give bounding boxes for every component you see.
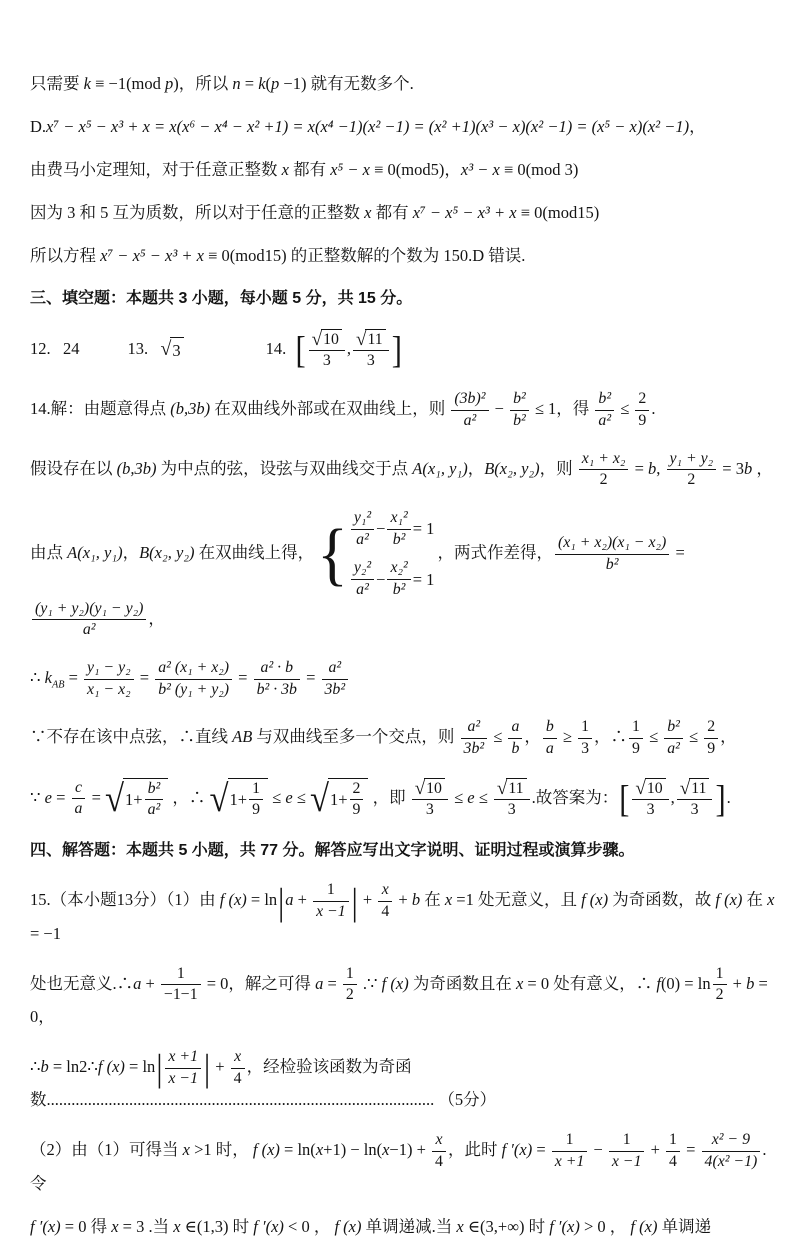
fraction: b²b²: [510, 390, 529, 430]
document-line: ∵不存在该中点弦，∴直线 AB 与双曲线至多一个交点，则 a²3b² ≤ ab，…: [30, 718, 776, 758]
fraction: y₂²a²: [351, 559, 374, 599]
document-line: 只需要 k ≡ −1(mod p)，所以 n = k(p −1) 就有无数多个.: [30, 72, 776, 96]
brace-icon: {: [317, 524, 348, 584]
fraction: x₂²b²: [387, 559, 410, 599]
radical-icon: √: [310, 780, 329, 818]
fraction: √103: [632, 778, 668, 820]
fraction: 1x −1: [609, 1131, 645, 1171]
fraction: 1x +1: [552, 1131, 588, 1171]
fraction: √103: [309, 329, 345, 371]
document-line: ∴b = ln2∴f (x) = ln|x +1x −1| + x4，经检验该函…: [30, 1048, 776, 1112]
fraction: 29: [704, 718, 718, 758]
fraction: a²3b²: [322, 659, 349, 699]
fraction: y₁²a²: [351, 509, 374, 549]
fraction: 12: [343, 965, 357, 1005]
radical-icon: √: [105, 780, 124, 818]
fraction: x +1x −1: [165, 1048, 201, 1088]
document-line: 四、解答题：本题共 5 小题，共 77 分。解答应写出文字说明、证明过程或演算步…: [30, 839, 776, 862]
fraction: x4: [231, 1048, 245, 1088]
document-body: 只需要 k ≡ −1(mod p)，所以 n = k(p −1) 就有无数多个.…: [30, 72, 776, 1238]
fraction: a² (x₁ + x₂)b² (y₁ + y₂): [155, 659, 232, 699]
fraction: x4: [432, 1131, 446, 1171]
document-line: ∵ e = ca = √1+ b²a² ，∴ √1+ 19 ≤ e ≤ √1+ …: [30, 778, 776, 820]
document-line: f ′(x) = 0 得 x = 3 .当 x ∈(1,3) 时 f ′(x) …: [30, 1215, 776, 1239]
document-line: 所以方程 x⁷ − x⁵ − x³ + x ≡ 0(mod15) 的正整数解的个…: [30, 244, 776, 268]
math-solution-document: 只需要 k ≡ −1(mod p)，所以 n = k(p −1) 就有无数多个.…: [0, 0, 800, 1252]
square-root: √10: [635, 778, 665, 799]
document-line: ∴ kAB = y₁ − y₂x₁ − x₂ = a² (x₁ + x₂)b² …: [30, 659, 776, 699]
fraction: x4: [378, 881, 392, 921]
square-root: √10: [312, 329, 342, 350]
fraction: ba: [543, 718, 557, 758]
square-root: √1+ b²a²: [105, 778, 168, 820]
equation-system: {y₁²a² − x₁²b² = 1y₂²a² − x₂²b² = 1: [317, 509, 434, 600]
fraction: (3b)²a²: [451, 390, 488, 430]
document-line: 假设存在以 (b,3b) 为中点的弦，设弦与双曲线交于点 A(x₁, y₁)，B…: [30, 450, 776, 490]
fraction: 19: [629, 718, 643, 758]
square-root: √11: [497, 778, 527, 799]
fraction: x₁ + x₂2: [579, 450, 629, 490]
radical-icon: √: [210, 780, 229, 818]
document-line: 处也无意义.∴a + 1−1−1 = 0，解之可得 a = 12 .∵ f (x…: [30, 965, 776, 1029]
square-root: √10: [415, 778, 445, 799]
square-root: √3: [161, 337, 184, 363]
document-line: 三、填空题：本题共 3 小题，每小题 5 分，共 15 分。: [30, 287, 776, 310]
square-root: √1+ 19: [210, 778, 269, 820]
square-root: √11: [356, 329, 386, 350]
fraction: y₁ − y₂x₁ − x₂: [84, 659, 134, 699]
fraction: 1x −1: [313, 881, 349, 921]
document-line: 15.（本小题13分）（1）由 f (x) = ln|a + 1x −1| + …: [30, 881, 776, 945]
fraction: (x₁ + x₂)(x₁ − x₂)b²: [555, 534, 669, 574]
fraction: a²3b²: [461, 718, 488, 758]
document-line: （2）由（1）可得当 x >1 时， f (x) = ln(x+1) − ln(…: [30, 1131, 776, 1195]
fraction: 29: [635, 390, 649, 430]
fraction: x₁²b²: [387, 509, 410, 549]
fraction: 19: [249, 780, 263, 820]
document-line: 12. 2413. √314. [√103,√113]: [30, 329, 776, 371]
document-line: 由点 A(x₁, y₁)，B(x₂, y₂) 在双曲线上得，{y₁²a² − x…: [30, 509, 776, 640]
document-line: 因为 3 和 5 互为质数，所以对于任意的正整数 x 都有 x⁷ − x⁵ − …: [30, 201, 776, 225]
fraction: (y₁ + y₂)(y₁ − y₂)a²: [32, 600, 146, 640]
fraction: 12: [713, 965, 727, 1005]
square-root: √1+ 29: [310, 778, 369, 820]
document-line: D.x⁷ − x⁵ − x³ + x = x(x⁶ − x⁴ − x² +1) …: [30, 115, 776, 139]
fraction: 13: [578, 718, 592, 758]
fraction: x² − 94(x² −1): [702, 1131, 761, 1171]
fraction: 1−1−1: [161, 965, 201, 1005]
fraction: √103: [412, 778, 448, 820]
fraction: ca: [72, 779, 86, 819]
fraction: √113: [677, 778, 713, 820]
fraction: b²a²: [664, 718, 683, 758]
fraction: ab: [508, 718, 522, 758]
document-line: 由费马小定理知，对于任意正整数 x 都有 x⁵ − x ≡ 0(mod5)，x³…: [30, 158, 776, 182]
square-root: √11: [680, 778, 710, 799]
fraction: b²a²: [145, 780, 164, 820]
document-line: 14.解：由题意得点 (b,3b) 在双曲线外部或在双曲线上，则 (3b)²a²…: [30, 390, 776, 430]
fraction: √113: [353, 329, 389, 371]
fraction: y₁ + y₂2: [667, 450, 717, 490]
fraction: b²a²: [595, 390, 614, 430]
fraction: 29: [350, 780, 364, 820]
fraction: √113: [494, 778, 530, 820]
fraction: 14: [666, 1131, 680, 1171]
fraction: a² · bb² · 3b: [254, 659, 300, 699]
